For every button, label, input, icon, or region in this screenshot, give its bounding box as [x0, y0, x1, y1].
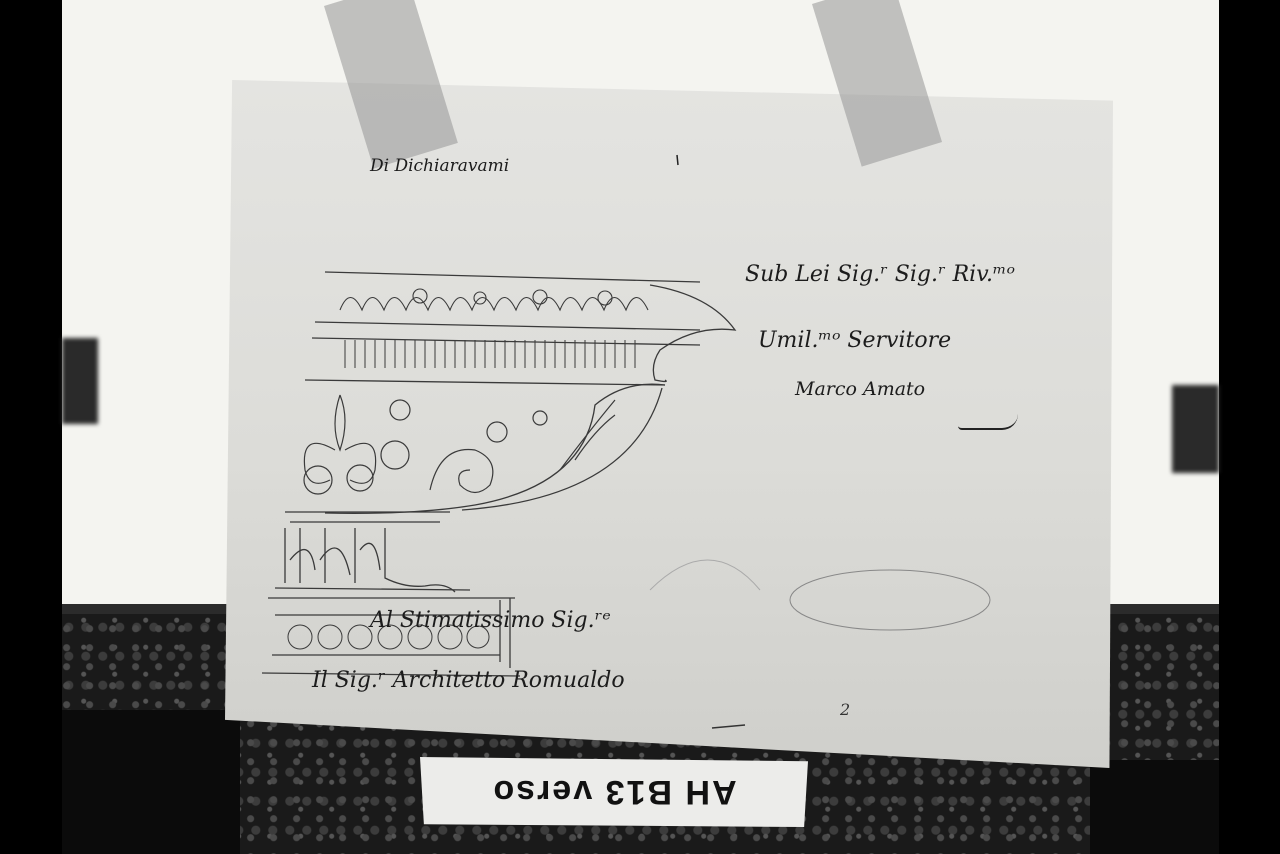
signature: Marco Amato	[795, 378, 925, 400]
vase-drawing	[0, 0, 1280, 854]
page-number: 2	[840, 700, 850, 719]
inscription-bottom-1: Al Stimatissimo Sig.ʳᵉ	[370, 608, 611, 633]
archive-label: AH B13 verso	[420, 757, 808, 827]
inscription-top: Di Dichiaravami	[370, 156, 509, 176]
archive-label-text: AH B13 verso	[420, 757, 808, 827]
signature-flourish	[958, 414, 1018, 430]
inscription-right-1: Sub Lei Sig.ʳ Sig.ʳ Riv.ᵐᵒ	[745, 262, 1015, 287]
inscription-bottom-2: Il Sig.ʳ Architetto Romualdo	[312, 668, 625, 693]
inscription-right-2: Umil.ᵐᵒ Servitore	[758, 328, 951, 353]
